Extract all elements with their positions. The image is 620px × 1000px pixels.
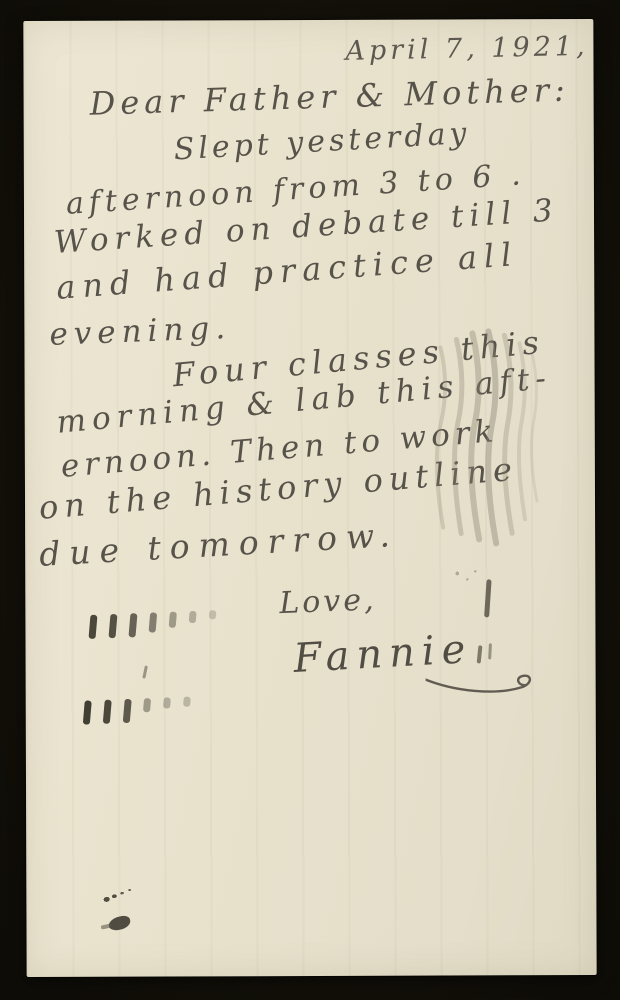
cancellation-wave-smudge (422, 321, 543, 551)
ink-speckles (453, 567, 479, 585)
ink-streak (484, 579, 492, 617)
postmark-tick-row-upper (89, 610, 217, 639)
ink-tick (189, 611, 197, 624)
ink-tick (108, 614, 117, 639)
ink-streak (477, 645, 483, 663)
ink-tick (83, 700, 92, 725)
postcard-paper: April 7, 1921, Dear Father & Mother: Sle… (23, 19, 596, 977)
ink-tick (128, 613, 137, 638)
ink-tick (103, 700, 112, 725)
body-line: Slept yesterday (173, 116, 471, 168)
ink-tick (142, 665, 148, 678)
ink-tick (183, 696, 191, 707)
ink-tick (209, 610, 217, 620)
postmark-tick-row-lower (83, 697, 191, 725)
ink-tick (149, 612, 158, 633)
ink-drop-blot (107, 914, 131, 931)
ink-tick (123, 699, 132, 724)
signature-flourish-stroke (426, 671, 546, 697)
ink-scribble-blot (100, 886, 138, 906)
ink-tick (163, 697, 171, 709)
salutation-line: Dear Father & Mother: (89, 71, 570, 123)
ink-tick (88, 615, 97, 640)
closing-line: Love, (279, 582, 378, 621)
date-line: April 7, 1921, (345, 31, 589, 67)
body-line: due tomorrow. (38, 515, 400, 574)
ink-streak (488, 643, 492, 659)
body-line: evening. (49, 310, 232, 353)
ink-tick (143, 698, 151, 713)
ink-tick (169, 612, 177, 629)
scan-backdrop: April 7, 1921, Dear Father & Mother: Sle… (0, 0, 620, 1000)
